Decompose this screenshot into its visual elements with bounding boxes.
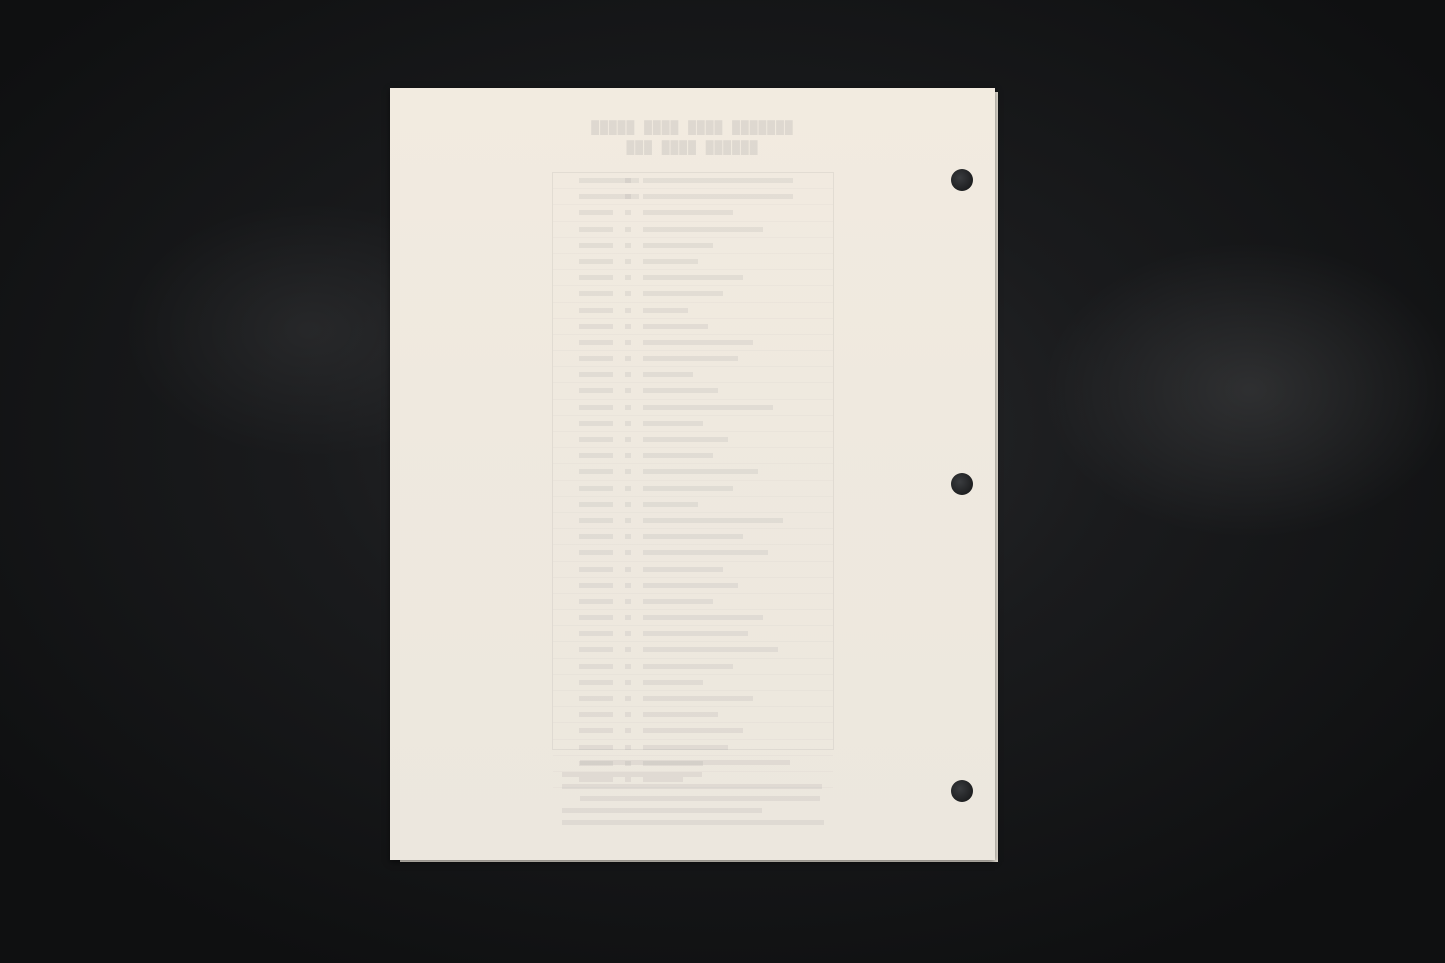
paper-sheet: █████ ████ ████ ███████ ███ ████ ██████: [390, 88, 995, 860]
punch-hole: [951, 169, 973, 191]
ghost-row: [553, 189, 833, 205]
ghost-row: [553, 464, 833, 480]
ghost-row: [553, 610, 833, 626]
ghost-row: [553, 238, 833, 254]
ghost-row: [553, 562, 833, 578]
ghost-footnote: [580, 760, 790, 765]
ghost-footnote: [562, 808, 762, 813]
ghost-footnote: [580, 796, 820, 801]
ghost-row: [553, 529, 833, 545]
ghost-row: [553, 594, 833, 610]
ghost-title-line-1: █████ ████ ████ ███████: [390, 120, 995, 135]
ghost-row: [553, 578, 833, 594]
ghost-row: [553, 286, 833, 302]
ghost-row: [553, 254, 833, 270]
ghost-row: [553, 707, 833, 723]
ghost-row: [553, 691, 833, 707]
ghost-row: [553, 400, 833, 416]
ghost-row: [553, 675, 833, 691]
ghost-row: [553, 319, 833, 335]
ghost-row: [553, 448, 833, 464]
ghost-row: [553, 626, 833, 642]
ghost-row: [553, 642, 833, 658]
ghost-row: [553, 481, 833, 497]
ghost-parts-table: [552, 172, 834, 750]
ghost-row: [553, 351, 833, 367]
ghost-row: [553, 740, 833, 756]
ghost-row: [553, 303, 833, 319]
ghost-footnote: [562, 784, 822, 789]
ghost-row: [553, 659, 833, 675]
ghost-row: [553, 416, 833, 432]
ghost-row: [553, 545, 833, 561]
punch-hole: [951, 780, 973, 802]
light-glare: [1040, 240, 1445, 540]
ghost-row: [553, 270, 833, 286]
punch-hole: [951, 473, 973, 495]
ghost-row: [553, 497, 833, 513]
ghost-row: [553, 173, 833, 189]
ghost-row: [553, 335, 833, 351]
ghost-row: [553, 205, 833, 221]
ghost-footnote: [562, 772, 702, 777]
ghost-row: [553, 432, 833, 448]
ghost-footnote: [562, 820, 824, 825]
ghost-row: [553, 723, 833, 739]
ghost-row: [553, 513, 833, 529]
ghost-title-line-2: ███ ████ ██████: [390, 140, 995, 155]
ghost-row: [553, 367, 833, 383]
ghost-row: [553, 383, 833, 399]
ghost-row: [553, 222, 833, 238]
